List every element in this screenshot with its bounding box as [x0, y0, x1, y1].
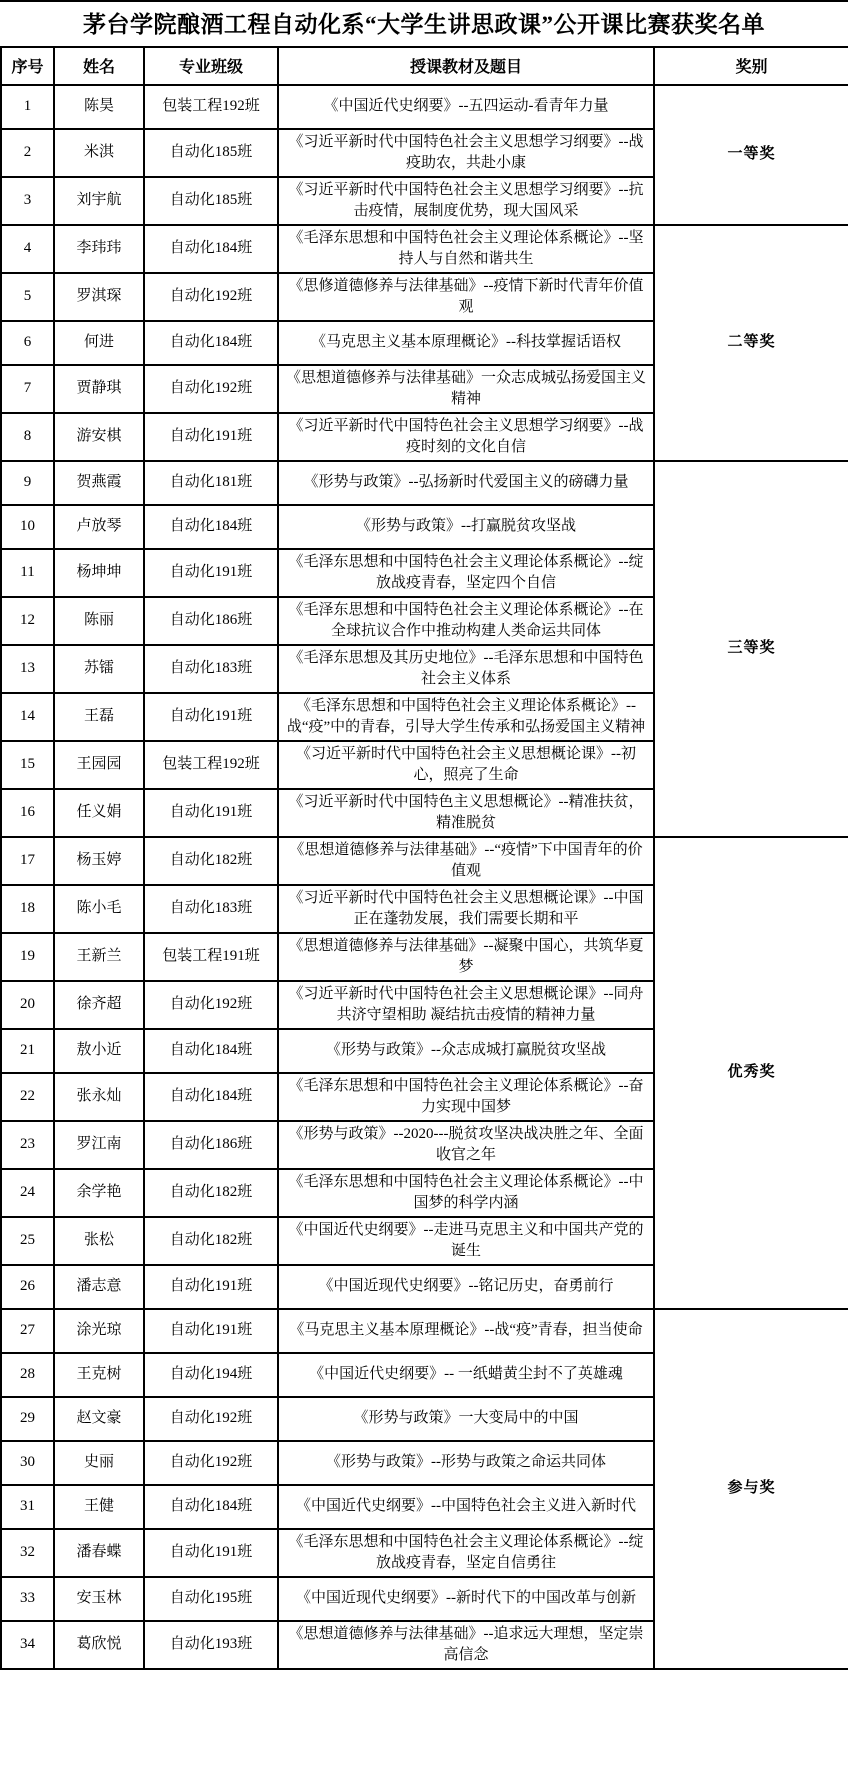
- cell-name: 米淇: [54, 129, 144, 177]
- cell-award: 三等奖: [654, 461, 848, 837]
- cell-class: 自动化183班: [144, 645, 278, 693]
- cell-no: 29: [1, 1397, 54, 1441]
- col-header-cls: 专业班级: [144, 47, 278, 85]
- cell-no: 12: [1, 597, 54, 645]
- cell-no: 19: [1, 933, 54, 981]
- cell-no: 1: [1, 85, 54, 129]
- table-row: 27涂光琼自动化191班《马克思主义基本原理概论》--战“疫”青春，担当使命参与…: [1, 1309, 848, 1353]
- cell-no: 16: [1, 789, 54, 837]
- cell-class: 自动化192班: [144, 981, 278, 1029]
- cell-class: 自动化191班: [144, 693, 278, 741]
- cell-topic: 《习近平新时代中国特色社会主义思想概论课》--同舟共济守望相助 凝结抗击疫情的精…: [278, 981, 654, 1029]
- table-row: 4李玮玮自动化184班《毛泽东思想和中国特色社会主义理论体系概论》--坚持人与自…: [1, 225, 848, 273]
- cell-topic: 《思想道德修养与法律基础》--凝聚中国心，共筑华夏梦: [278, 933, 654, 981]
- cell-name: 安玉林: [54, 1577, 144, 1621]
- cell-class: 自动化191班: [144, 413, 278, 461]
- header-row: 序号姓名专业班级授课教材及题目奖别: [1, 47, 848, 85]
- cell-class: 自动化184班: [144, 321, 278, 365]
- cell-no: 25: [1, 1217, 54, 1265]
- cell-class: 自动化195班: [144, 1577, 278, 1621]
- cell-no: 20: [1, 981, 54, 1029]
- cell-no: 30: [1, 1441, 54, 1485]
- cell-class: 自动化192班: [144, 273, 278, 321]
- cell-class: 自动化181班: [144, 461, 278, 505]
- cell-no: 28: [1, 1353, 54, 1397]
- cell-class: 自动化192班: [144, 1441, 278, 1485]
- cell-no: 32: [1, 1529, 54, 1577]
- col-header-no: 序号: [1, 47, 54, 85]
- cell-no: 3: [1, 177, 54, 225]
- cell-name: 史丽: [54, 1441, 144, 1485]
- cell-class: 自动化192班: [144, 1397, 278, 1441]
- cell-no: 13: [1, 645, 54, 693]
- cell-no: 33: [1, 1577, 54, 1621]
- cell-topic: 《毛泽东思想和中国特色社会主义理论体系概论》--绽放战疫青春，坚定自信勇往: [278, 1529, 654, 1577]
- cell-class: 包装工程192班: [144, 85, 278, 129]
- awards-table: 序号姓名专业班级授课教材及题目奖别 1陈昊包装工程192班《中国近代史纲要》--…: [0, 46, 848, 1670]
- cell-class: 自动化184班: [144, 1029, 278, 1073]
- cell-name: 王磊: [54, 693, 144, 741]
- cell-topic: 《习近平新时代中国特色主义思想概论》--精准扶贫，精准脱贫: [278, 789, 654, 837]
- cell-name: 游安棋: [54, 413, 144, 461]
- cell-topic: 《中国近代史纲要》--走进马克思主义和中国共产党的诞生: [278, 1217, 654, 1265]
- cell-no: 4: [1, 225, 54, 273]
- cell-name: 杨坤坤: [54, 549, 144, 597]
- cell-name: 陈昊: [54, 85, 144, 129]
- cell-name: 葛欣悦: [54, 1621, 144, 1669]
- cell-class: 自动化191班: [144, 1309, 278, 1353]
- cell-class: 自动化184班: [144, 1485, 278, 1529]
- cell-name: 贺燕霞: [54, 461, 144, 505]
- cell-topic: 《习近平新时代中国特色社会主义思想概论课》--中国正在蓬勃发展，我们需要长期和平: [278, 885, 654, 933]
- cell-class: 自动化184班: [144, 1073, 278, 1121]
- cell-no: 22: [1, 1073, 54, 1121]
- cell-name: 潘春蝶: [54, 1529, 144, 1577]
- cell-topic: 《毛泽东思想和中国特色社会主义理论体系概论》--绽放战疫青春，坚定四个自信: [278, 549, 654, 597]
- col-header-name: 姓名: [54, 47, 144, 85]
- table-body: 1陈昊包装工程192班《中国近代史纲要》--五四运动-看青年力量一等奖2米淇自动…: [1, 85, 848, 1669]
- cell-no: 26: [1, 1265, 54, 1309]
- cell-name: 王健: [54, 1485, 144, 1529]
- cell-no: 10: [1, 505, 54, 549]
- cell-topic: 《形势与政策》一大变局中的中国: [278, 1397, 654, 1441]
- cell-class: 自动化194班: [144, 1353, 278, 1397]
- cell-class: 自动化182班: [144, 1217, 278, 1265]
- cell-no: 6: [1, 321, 54, 365]
- cell-class: 自动化184班: [144, 505, 278, 549]
- cell-no: 31: [1, 1485, 54, 1529]
- cell-name: 敖小近: [54, 1029, 144, 1073]
- cell-no: 34: [1, 1621, 54, 1669]
- cell-no: 11: [1, 549, 54, 597]
- cell-class: 自动化191班: [144, 1529, 278, 1577]
- cell-name: 李玮玮: [54, 225, 144, 273]
- cell-topic: 《形势与政策》--打赢脱贫攻坚战: [278, 505, 654, 549]
- cell-topic: 《中国近现代史纲要》--新时代下的中国改革与创新: [278, 1577, 654, 1621]
- cell-no: 7: [1, 365, 54, 413]
- cell-name: 刘宇航: [54, 177, 144, 225]
- cell-topic: 《形势与政策》--弘扬新时代爱国主义的磅礴力量: [278, 461, 654, 505]
- cell-name: 王克树: [54, 1353, 144, 1397]
- cell-name: 任义娟: [54, 789, 144, 837]
- cell-no: 17: [1, 837, 54, 885]
- cell-class: 自动化182班: [144, 1169, 278, 1217]
- cell-class: 自动化193班: [144, 1621, 278, 1669]
- cell-class: 自动化183班: [144, 885, 278, 933]
- cell-no: 18: [1, 885, 54, 933]
- cell-no: 14: [1, 693, 54, 741]
- cell-name: 陈小毛: [54, 885, 144, 933]
- cell-topic: 《中国近代史纲要》--五四运动-看青年力量: [278, 85, 654, 129]
- document-sheet: 茅台学院酿酒工程自动化系“大学生讲思政课”公开课比赛获奖名单 序号姓名专业班级授…: [0, 0, 848, 1670]
- cell-topic: 《毛泽东思想和中国特色社会主义理论体系概论》--奋力实现中国梦: [278, 1073, 654, 1121]
- cell-name: 徐齐超: [54, 981, 144, 1029]
- cell-topic: 《形势与政策》--2020---脱贫攻坚决战决胜之年、全面收官之年: [278, 1121, 654, 1169]
- cell-name: 王园园: [54, 741, 144, 789]
- cell-no: 23: [1, 1121, 54, 1169]
- cell-topic: 《中国近代史纲要》--中国特色社会主义进入新时代: [278, 1485, 654, 1529]
- table-row: 1陈昊包装工程192班《中国近代史纲要》--五四运动-看青年力量一等奖: [1, 85, 848, 129]
- cell-topic: 《习近平新时代中国特色社会主义思想概论课》--初心，照亮了生命: [278, 741, 654, 789]
- cell-topic: 《毛泽东思想和中国特色社会主义理论体系概论》--坚持人与自然和谐共生: [278, 225, 654, 273]
- cell-name: 赵文豪: [54, 1397, 144, 1441]
- cell-class: 自动化192班: [144, 365, 278, 413]
- col-header-topic: 授课教材及题目: [278, 47, 654, 85]
- cell-class: 自动化191班: [144, 1265, 278, 1309]
- cell-name: 王新兰: [54, 933, 144, 981]
- cell-no: 24: [1, 1169, 54, 1217]
- cell-class: 自动化186班: [144, 597, 278, 645]
- cell-topic: 《毛泽东思想和中国特色社会主义理论体系概论》--在全球抗议合作中推动构建人类命运…: [278, 597, 654, 645]
- cell-name: 涂光琼: [54, 1309, 144, 1353]
- cell-no: 8: [1, 413, 54, 461]
- cell-no: 5: [1, 273, 54, 321]
- page-title: 茅台学院酿酒工程自动化系“大学生讲思政课”公开课比赛获奖名单: [0, 2, 848, 46]
- cell-name: 罗淇琛: [54, 273, 144, 321]
- table-row: 9贺燕霞自动化181班《形势与政策》--弘扬新时代爱国主义的磅礴力量三等奖: [1, 461, 848, 505]
- cell-topic: 《习近平新时代中国特色社会主义思想学习纲要》--战疫时刻的文化自信: [278, 413, 654, 461]
- cell-class: 自动化184班: [144, 225, 278, 273]
- cell-class: 自动化182班: [144, 837, 278, 885]
- cell-topic: 《形势与政策》--众志成城打赢脱贫攻坚战: [278, 1029, 654, 1073]
- cell-topic: 《马克思主义基本原理概论》--科技掌握话语权: [278, 321, 654, 365]
- cell-name: 贾静琪: [54, 365, 144, 413]
- cell-topic: 《马克思主义基本原理概论》--战“疫”青春，担当使命: [278, 1309, 654, 1353]
- cell-no: 21: [1, 1029, 54, 1073]
- cell-name: 杨玉婷: [54, 837, 144, 885]
- cell-no: 15: [1, 741, 54, 789]
- cell-name: 张松: [54, 1217, 144, 1265]
- cell-class: 自动化185班: [144, 177, 278, 225]
- table-row: 17杨玉婷自动化182班《思想道德修养与法律基础》--“疫情”下中国青年的价值观…: [1, 837, 848, 885]
- cell-name: 何进: [54, 321, 144, 365]
- cell-topic: 《习近平新时代中国特色社会主义思想学习纲要》--战疫助农，共赴小康: [278, 129, 654, 177]
- cell-class: 自动化185班: [144, 129, 278, 177]
- cell-topic: 《毛泽东思想和中国特色社会主义理论体系概论》--战“疫”中的青春，引导大学生传承…: [278, 693, 654, 741]
- cell-topic: 《习近平新时代中国特色社会主义思想学习纲要》--抗击疫情，展制度优势，现大国风采: [278, 177, 654, 225]
- cell-name: 潘志意: [54, 1265, 144, 1309]
- cell-class: 自动化186班: [144, 1121, 278, 1169]
- cell-topic: 《毛泽东思想及其历史地位》--毛泽东思想和中国特色社会主义体系: [278, 645, 654, 693]
- cell-class: 包装工程191班: [144, 933, 278, 981]
- cell-name: 苏镭: [54, 645, 144, 693]
- cell-no: 9: [1, 461, 54, 505]
- cell-topic: 《形势与政策》--形势与政策之命运共同体: [278, 1441, 654, 1485]
- cell-award: 参与奖: [654, 1309, 848, 1669]
- cell-topic: 《思想道德修养与法律基础》一众志成城弘扬爱国主义精神: [278, 365, 654, 413]
- cell-topic: 《思想道德修养与法律基础》--追求远大理想，坚定崇高信念: [278, 1621, 654, 1669]
- cell-class: 包装工程192班: [144, 741, 278, 789]
- cell-topic: 《中国近代史纲要》-- 一纸蜡黄尘封不了英雄魂: [278, 1353, 654, 1397]
- cell-name: 余学艳: [54, 1169, 144, 1217]
- cell-award: 一等奖: [654, 85, 848, 225]
- cell-topic: 《思修道德修养与法律基础》--疫情下新时代青年价值观: [278, 273, 654, 321]
- cell-name: 罗江南: [54, 1121, 144, 1169]
- cell-name: 张永灿: [54, 1073, 144, 1121]
- cell-award: 二等奖: [654, 225, 848, 461]
- cell-name: 卢放琴: [54, 505, 144, 549]
- cell-no: 2: [1, 129, 54, 177]
- cell-class: 自动化191班: [144, 549, 278, 597]
- cell-no: 27: [1, 1309, 54, 1353]
- cell-topic: 《中国近现代史纲要》--铭记历史，奋勇前行: [278, 1265, 654, 1309]
- cell-name: 陈丽: [54, 597, 144, 645]
- cell-class: 自动化191班: [144, 789, 278, 837]
- cell-topic: 《毛泽东思想和中国特色社会主义理论体系概论》--中国梦的科学内涵: [278, 1169, 654, 1217]
- cell-topic: 《思想道德修养与法律基础》--“疫情”下中国青年的价值观: [278, 837, 654, 885]
- cell-award: 优秀奖: [654, 837, 848, 1309]
- col-header-award: 奖别: [654, 47, 848, 85]
